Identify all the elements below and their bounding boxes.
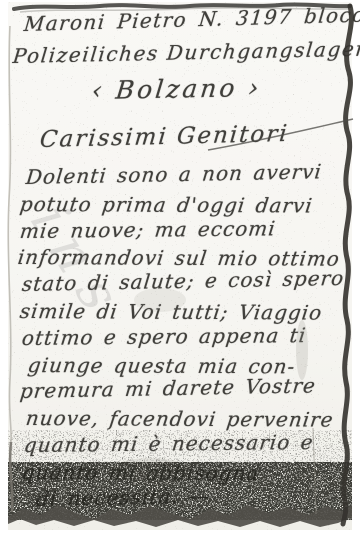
handwritten-line: stato di salute; e così spero — [21, 265, 354, 298]
scanned-letter: ins Maroni Pietro N. 3197 blocco A Poliz… — [0, 0, 360, 542]
handwritten-line: premura mi darete Vostre — [19, 372, 354, 405]
handwritten-line: Dolenti sono a non avervi — [25, 158, 354, 191]
handwritten-line: ottimo e spero appena ti — [20, 321, 353, 351]
place-line: ‹ Bolzano › — [90, 73, 263, 105]
letter-body: Dolenti sono a non avervipotuto prima d'… — [20, 164, 352, 512]
handwritten-line: mie nuove; ma eccomi — [18, 214, 353, 244]
handwritten-line: quanto mi è necessario e — [22, 429, 353, 459]
handwritten-line: di necessità. — — [35, 479, 354, 512]
